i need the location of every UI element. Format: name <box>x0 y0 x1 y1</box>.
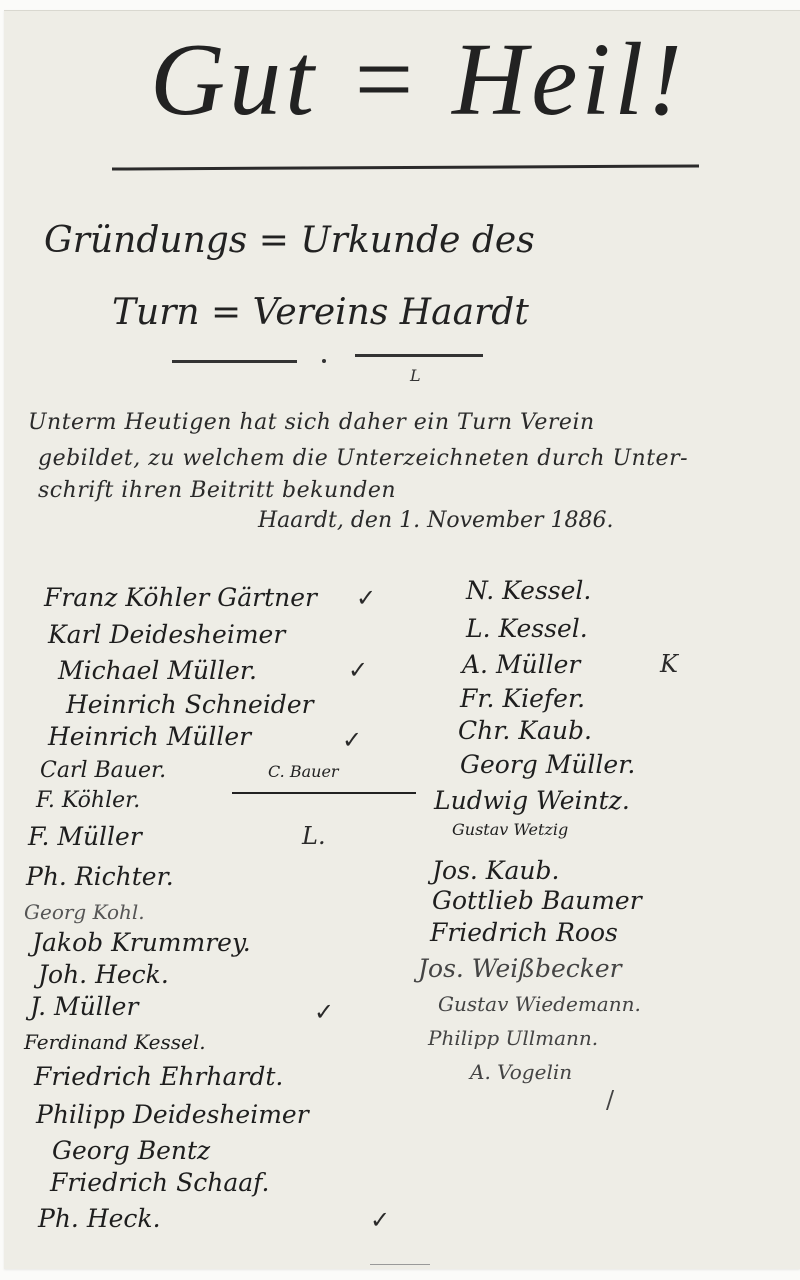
signature: Ludwig Weintz. <box>434 786 630 815</box>
signature: Gustav Wetzig <box>452 820 568 839</box>
signature: Friedrich Ehrhardt. <box>34 1062 283 1091</box>
signature: Friedrich Roos <box>430 918 618 947</box>
signature: A. Vogelin <box>470 1060 572 1084</box>
signature: N. Kessel. <box>466 576 591 605</box>
signature: Joh. Heck. <box>38 960 169 989</box>
check-mark-icon: ✓ <box>348 656 368 684</box>
body-line: schrift ihren Beitritt bekunden <box>38 478 396 503</box>
subtitle-line-2: Turn = Vereins Haardt <box>112 292 529 333</box>
second-signature: C. Bauer <box>268 762 339 781</box>
signature: Ferdinand Kessel. <box>24 1030 206 1054</box>
check-mark-icon: ✓ <box>342 726 362 754</box>
separator-dash-right <box>355 354 483 357</box>
separator-mark: L <box>410 366 421 385</box>
signature-flourish <box>232 792 416 794</box>
signature: Gottlieb Baumer <box>432 886 642 915</box>
signature: Friedrich Schaaf. <box>50 1168 269 1197</box>
signature: Chr. Kaub. <box>458 716 592 745</box>
signature: Ph. Heck. <box>38 1204 161 1233</box>
signature: Jos. Kaub. <box>432 856 559 885</box>
paper-edge <box>370 1264 430 1265</box>
check-mark-icon: ✓ <box>370 1206 390 1234</box>
signature: Georg Kohl. <box>24 900 145 924</box>
signature: F. Müller <box>28 822 142 851</box>
mark-k: K <box>660 650 678 678</box>
signature: Carl Bauer. <box>40 758 166 783</box>
document-title: Gut = Heil! <box>150 20 686 139</box>
signature: Heinrich Müller <box>48 722 251 751</box>
signature: Jos. Weißbecker <box>418 954 622 983</box>
signature: Georg Müller. <box>460 750 635 779</box>
body-line: Unterm Heutigen hat sich daher ein Turn … <box>28 410 595 435</box>
separator-dot <box>322 359 326 363</box>
signature: L. Kessel. <box>466 614 588 643</box>
separator-dash-left <box>172 360 297 363</box>
body-line: gebildet, zu welchem die Unterzeichneten… <box>38 446 688 471</box>
check-mark-icon: ✓ <box>356 584 376 612</box>
signature: Michael Müller. <box>58 656 257 685</box>
signature: Franz Köhler Gärtner <box>44 583 317 612</box>
signature: A. Müller <box>462 650 580 679</box>
signature: Philipp Ullmann. <box>428 1026 598 1050</box>
signature: J. Müller <box>30 992 138 1021</box>
check-mark-icon: ✓ <box>314 998 334 1026</box>
signature: Georg Bentz <box>52 1136 210 1165</box>
mark-l: L. <box>302 822 326 850</box>
signature: F. Köhler. <box>36 788 140 813</box>
signature: Gustav Wiedemann. <box>438 992 641 1016</box>
place-date-line: Haardt, den 1. November 1886. <box>258 508 614 533</box>
signature: Ph. Richter. <box>26 862 174 891</box>
signature: Philipp Deidesheimer <box>36 1100 309 1129</box>
signature: Heinrich Schneider <box>66 690 314 719</box>
mark-slash: / <box>606 1086 614 1114</box>
signature: Fr. Kiefer. <box>460 684 585 713</box>
subtitle-line-1: Gründungs = Urkunde des <box>44 220 535 261</box>
signature: Jakob Krummrey. <box>32 928 251 957</box>
signature: Karl Deidesheimer <box>48 620 285 649</box>
